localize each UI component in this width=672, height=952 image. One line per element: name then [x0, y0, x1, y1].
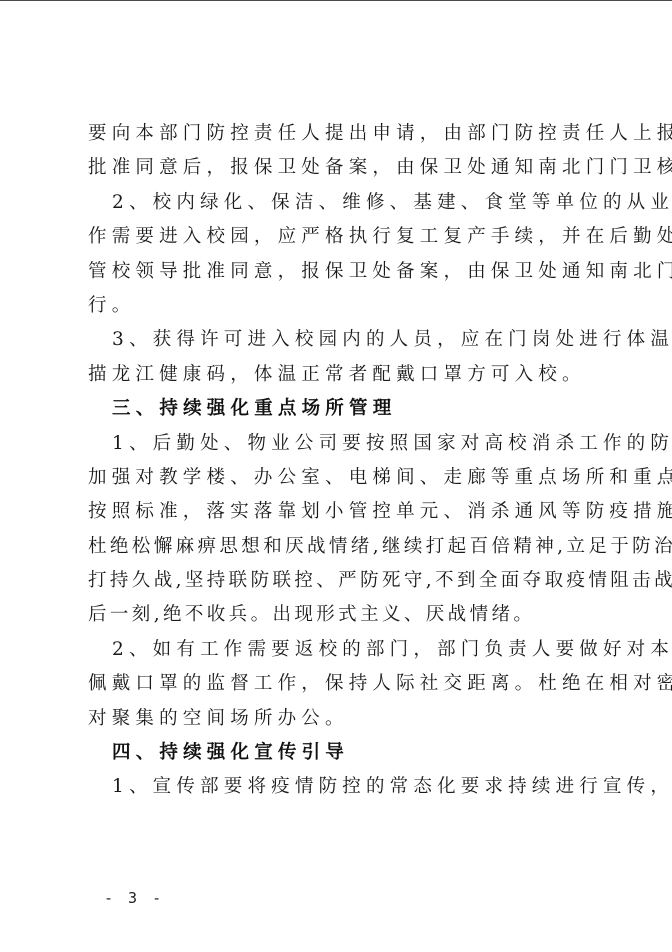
body-line: 批准同意后，报保卫处备案，由保卫处通知南北门门卫核实放行。: [88, 151, 588, 185]
body-line: 行。: [88, 289, 588, 323]
body-line: 管校领导批准同意，报保卫处备案，由保卫处通知南北门门卫核实放: [88, 255, 588, 289]
body-line: 打持久战,坚持联防联控、严防死守,不到全面夺取疫情阻击战胜利最: [88, 564, 588, 598]
page-top-border: [0, 0, 672, 1]
paragraph-item-1: 1、后勤处、物业公司要按照国家对高校消杀工作的防疫要求，: [88, 427, 588, 461]
section-heading-4: 四、持续强化宣传引导: [88, 736, 588, 770]
paragraph-item-2: 2、校内绿化、保洁、维修、基建、食堂等单位的从业人员因工: [88, 186, 588, 220]
section-heading-3: 三、持续强化重点场所管理: [88, 392, 588, 426]
paragraph-item-3: 3、获得许可进入校园内的人员，应在门岗处进行体温检测，扫: [88, 323, 588, 357]
body-line: 描龙江健康码，体温正常者配戴口罩方可入校。: [88, 358, 588, 392]
paragraph-item-1: 1、宣传部要将疫情防控的常态化要求持续进行宣传，普及科学: [88, 770, 588, 804]
body-line: 对聚集的空间场所办公。: [88, 702, 588, 736]
body-line: 杜绝松懈麻痹思想和厌战情绪,继续打起百倍精神,立足于防治大疫、: [88, 530, 588, 564]
page-number: - 3 -: [104, 889, 164, 907]
body-line: 佩戴口罩的监督工作，保持人际社交距离。杜绝在相对密闭、人员相: [88, 667, 588, 701]
body-line: 要向本部门防控责任人提出申请，由部门防控责任人上报分管校领导: [88, 117, 588, 151]
body-line: 后一刻,绝不收兵。出现形式主义、厌战情绪。: [88, 598, 588, 632]
body-line: 按照标准，落实落靠划小管控单元、消杀通风等防疫措施，必须坚决: [88, 495, 588, 529]
document-body: 要向本部门防控责任人提出申请，由部门防控责任人上报分管校领导 批准同意后，报保卫…: [88, 117, 588, 805]
body-line: 加强对教学楼、办公室、电梯间、走廊等重点场所和重点部位，严格: [88, 461, 588, 495]
body-line: 作需要进入校园，应严格执行复工复产手续，并在后勤处报备，经分: [88, 220, 588, 254]
paragraph-item-2: 2、如有工作需要返校的部门，部门负责人要做好对本部门人员: [88, 633, 588, 667]
